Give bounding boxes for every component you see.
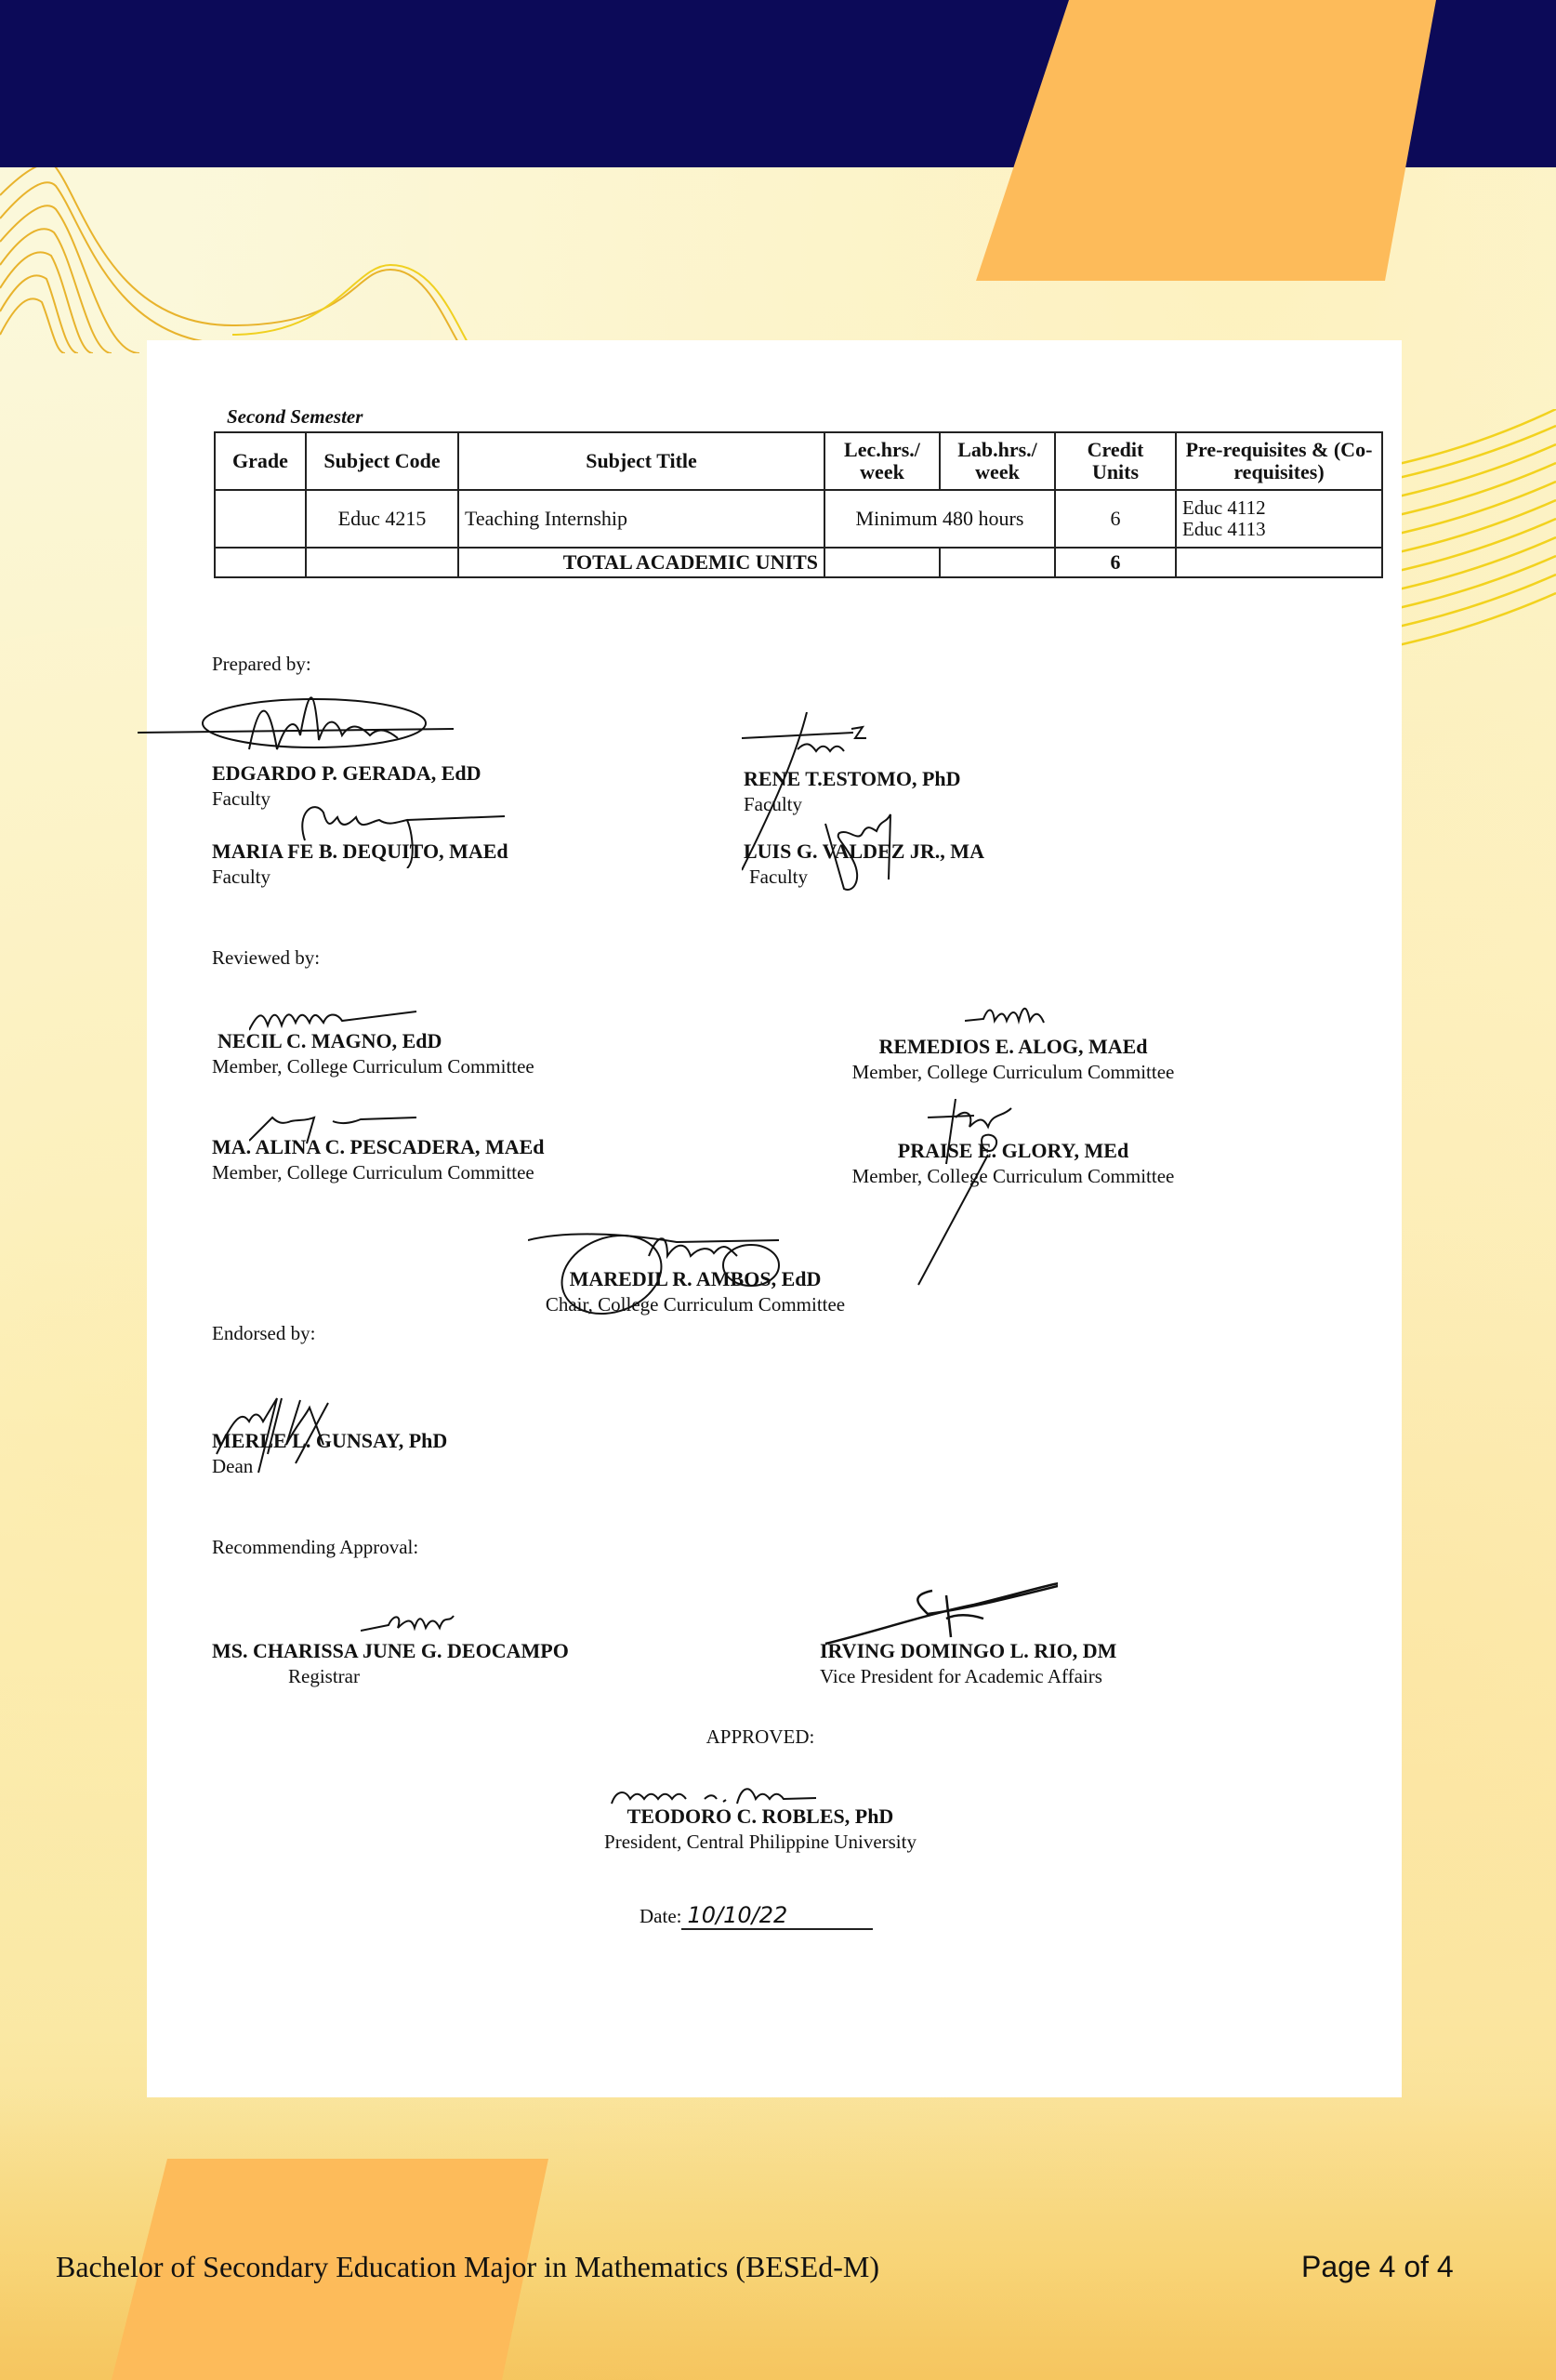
table-row: Educ 4215 Teaching Internship Minimum 48…	[215, 490, 1382, 548]
table-total-row: TOTAL ACADEMIC UNITS 6	[215, 548, 1382, 577]
total-label: TOTAL ACADEMIC UNITS	[458, 548, 824, 577]
signatory-dequito: MARIA FE B. DEQUITO, MAEd Faculty	[212, 839, 508, 889]
signatory-deocampo: MS. CHARISSA JUNE G. DEOCAMPO Registrar	[212, 1638, 569, 1688]
prerequisite-item: Educ 4113	[1182, 519, 1376, 540]
signatory-rio: IRVING DOMINGO L. RIO, DM Vice President…	[820, 1638, 1116, 1688]
col-lab-hours: Lab.hrs./ week	[940, 432, 1055, 490]
signatory-valdez: LUIS G. VALDEZ JR., MA Faculty	[744, 839, 984, 889]
signatory-estomo: RENE T.ESTOMO, PhD Faculty	[744, 766, 961, 816]
course-table: Grade Subject Code Subject Title Lec.hrs…	[214, 431, 1383, 578]
signatory-alog: REMEDIOS E. ALOG, MAEd Member, College C…	[818, 1034, 1208, 1084]
signature-deocampo	[361, 1605, 472, 1642]
col-subject-code: Subject Code	[306, 432, 458, 490]
recommending-approval-label: Recommending Approval:	[212, 1536, 418, 1559]
cell-title: Teaching Internship	[458, 490, 824, 548]
decorative-wave-lines-right	[1394, 409, 1556, 669]
approval-date: Date:10/10/22	[640, 1902, 873, 1930]
cell-grade	[215, 490, 306, 548]
date-value: 10/10/22	[681, 1902, 873, 1930]
signatory-pescadera: MA. ALINA C. PESCADERA, MAEd Member, Col…	[212, 1134, 545, 1184]
signatory-gerada: EDGARDO P. GERADA, EdD Faculty	[212, 760, 481, 811]
date-label: Date:	[640, 1905, 681, 1927]
cell-hours: Minimum 480 hours	[824, 490, 1055, 548]
signature-gerada	[138, 684, 472, 759]
approved-label: APPROVED:	[612, 1725, 909, 1749]
prepared-by-label: Prepared by:	[212, 653, 311, 676]
cell-code: Educ 4215	[306, 490, 458, 548]
footer-program-title: Bachelor of Secondary Education Major in…	[56, 2250, 879, 2284]
endorsed-by-label: Endorsed by:	[212, 1322, 315, 1345]
decorative-wave-lines	[0, 167, 651, 353]
scanned-document-page: Second Semester Grade Subject Code Subje…	[147, 340, 1402, 2097]
signature-glory	[909, 1099, 1039, 1322]
cell-credit-units: 6	[1055, 490, 1176, 548]
col-prerequisites: Pre-requisites & (Co-requisites)	[1176, 432, 1382, 490]
reviewed-by-label: Reviewed by:	[212, 946, 320, 970]
col-credit-units: Credit Units	[1055, 432, 1176, 490]
signatory-magno: NECIL C. MAGNO, EdD Member, College Curr…	[218, 1028, 534, 1078]
col-lec-hours: Lec.hrs./ week	[824, 432, 940, 490]
col-grade: Grade	[215, 432, 306, 490]
prerequisite-item: Educ 4112	[1182, 497, 1376, 519]
signatory-gunsay: MERLE L. GUNSAY, PhD Dean	[212, 1428, 447, 1478]
signatory-robles: TEODORO C. ROBLES, PhD President, Centra…	[537, 1804, 983, 1854]
signatory-ambos: MAREDIL R. AMBOS, EdD Chair, College Cur…	[519, 1266, 872, 1316]
footer-page-number: Page 4 of 4	[1301, 2250, 1454, 2284]
col-subject-title: Subject Title	[458, 432, 824, 490]
cell-prerequisites: Educ 4112 Educ 4113	[1176, 490, 1382, 548]
signatory-glory: PRAISE E. GLORY, MEd Member, College Cur…	[818, 1138, 1208, 1188]
total-credit-units: 6	[1055, 548, 1176, 577]
semester-title: Second Semester	[227, 405, 363, 429]
table-header-row: Grade Subject Code Subject Title Lec.hrs…	[215, 432, 1382, 490]
